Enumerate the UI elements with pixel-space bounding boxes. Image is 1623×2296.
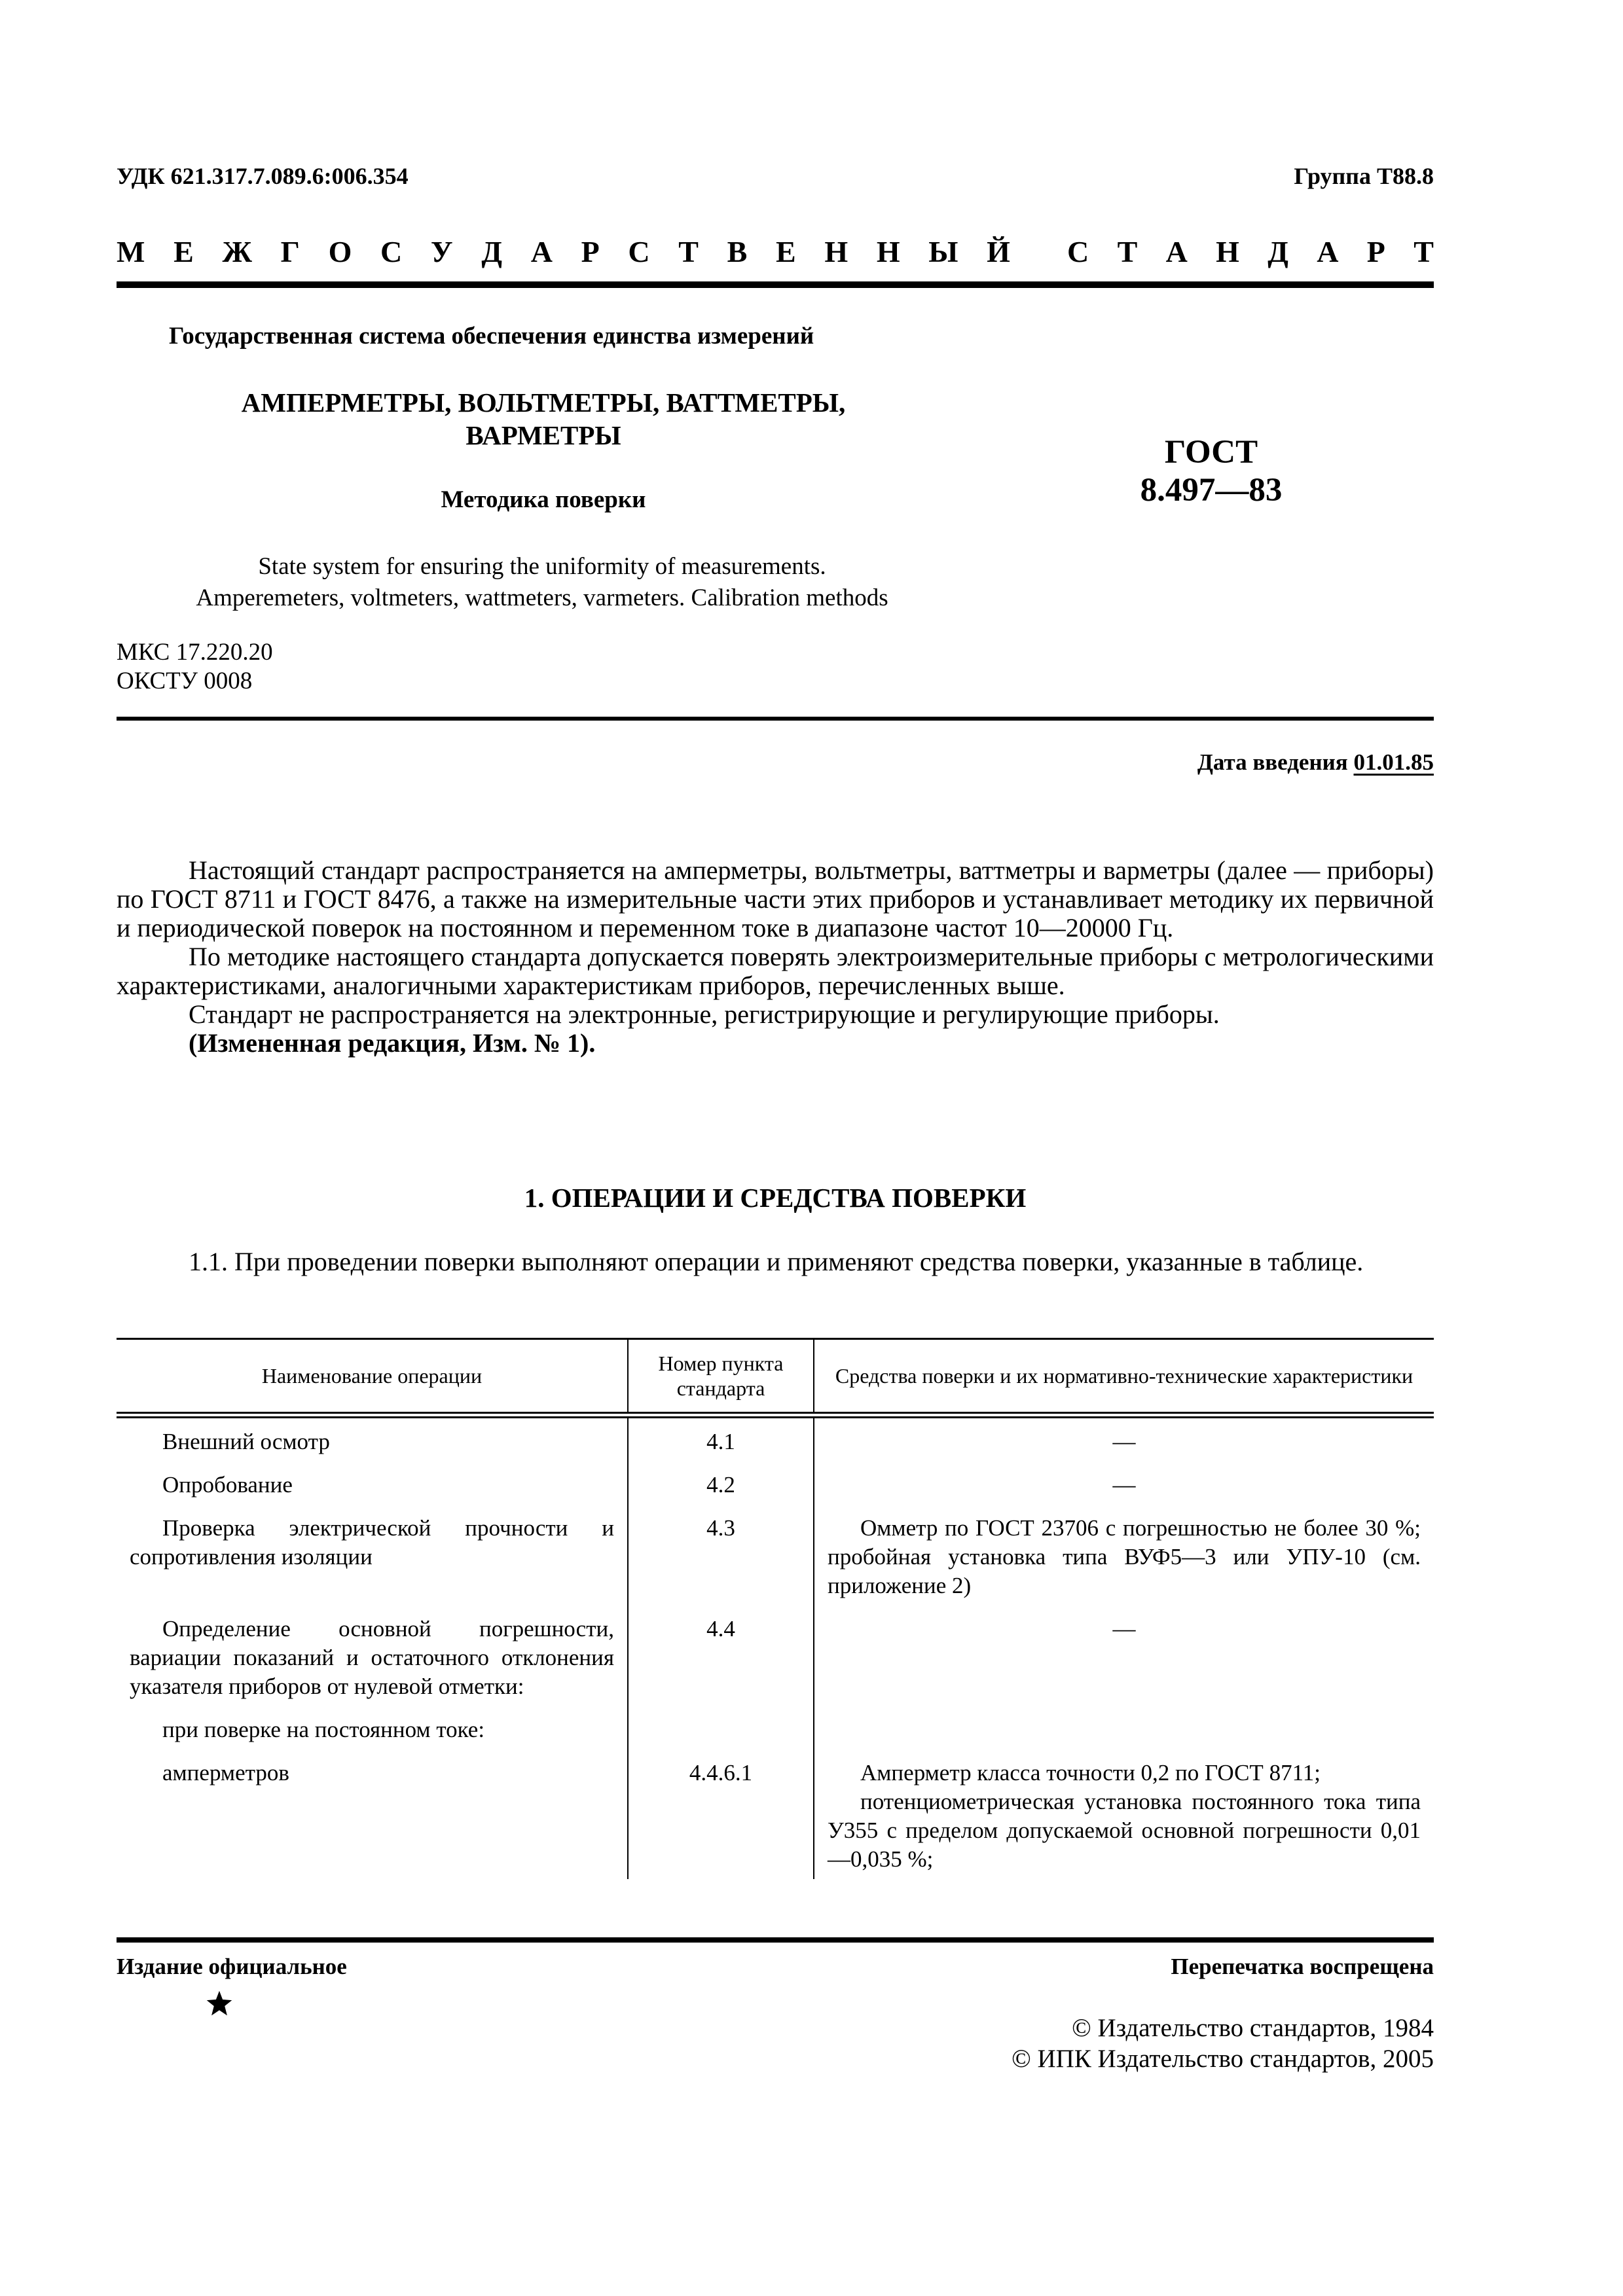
gost-designation: ГОСТ 8.497—83	[1074, 433, 1349, 509]
banner-letter: Т	[678, 234, 699, 269]
verification-means	[814, 1706, 1434, 1749]
copyright-block: © Издательство стандартов, 1984 © ИПК Из…	[1012, 2013, 1434, 2074]
header-verification-means: Средства поверки и их нормативно-техниче…	[814, 1339, 1434, 1416]
english-title-line-2: Amperemeters, voltmeters, wattmeters, va…	[117, 583, 968, 614]
header-operation-name: Наименование операции	[117, 1339, 628, 1416]
interstate-standard-banner: МЕЖГОСУДАРСТВЕННЫЙ СТАНДАРТ	[117, 234, 1434, 269]
banner-letter: Ж	[222, 234, 251, 269]
banner-letter: Т	[1118, 234, 1138, 269]
banner-letter: Е	[776, 234, 796, 269]
banner-letter: Д	[1267, 234, 1288, 269]
operation-name: Определение основной погрешности, вариац…	[130, 1615, 614, 1701]
banner-letter: М	[117, 234, 145, 269]
document-title-line-2: ВАРМЕТРЫ	[196, 419, 890, 452]
table-row: Проверка электрической прочности и сопро…	[117, 1505, 1434, 1605]
copyright-line-1: © Издательство стандартов, 1984	[1012, 2013, 1434, 2043]
banner-letter: Й	[987, 234, 1010, 269]
scope-text: Настоящий стандарт распространяется на а…	[117, 856, 1434, 1058]
mks-code: МКС 17.220.20	[117, 638, 273, 667]
introduction-date-value: 01.01.85	[1354, 749, 1434, 775]
banner-letter: Р	[581, 234, 600, 269]
clause-number	[628, 1706, 814, 1749]
banner-letter: Н	[824, 234, 848, 269]
udk-code: УДК 621.317.7.089.6:006.354	[117, 162, 409, 190]
table-row: Опробование 4.2 —	[117, 1462, 1434, 1505]
official-edition-label: Издание официальное	[117, 1954, 347, 1980]
table-row: Внешний осмотр 4.1 —	[117, 1415, 1434, 1462]
document-subtitle: Методика поверки	[196, 486, 890, 514]
banner-letter: Н	[1216, 234, 1239, 269]
operation-name: Опробование	[130, 1471, 614, 1499]
okstu-code: ОКСТУ 0008	[117, 667, 273, 696]
star-icon	[206, 1990, 233, 2017]
clause-1-1: 1.1. При проведении поверки выполняют оп…	[117, 1247, 1434, 1276]
title-block-rule	[117, 717, 1434, 721]
operations-table: Наименование операции Номер пункта станд…	[117, 1338, 1434, 1879]
operation-name: при поверке на постоянном токе:	[130, 1715, 614, 1744]
copyright-line-2: © ИПК Издательство стандартов, 2005	[1012, 2043, 1434, 2074]
scope-paragraph-2: По методике настоящего стандарта допуска…	[117, 942, 1434, 1000]
banner-letter: Н	[877, 234, 900, 269]
verification-means: Омметр по ГОСТ 23706 с погрешностью не б…	[828, 1514, 1421, 1600]
clause-number: 4.4	[628, 1605, 814, 1706]
reprint-prohibited-label: Перепечатка воспрещена	[1171, 1954, 1434, 1980]
introduction-date: Дата введения 01.01.85	[1197, 749, 1434, 776]
gost-label: ГОСТ	[1074, 433, 1349, 471]
banner-letter: Е	[173, 234, 194, 269]
introduction-date-label: Дата введения	[1197, 749, 1348, 775]
table-row: при поверке на постоянном токе:	[117, 1706, 1434, 1749]
banner-letter: Ы	[928, 234, 958, 269]
group-code: Группа Т88.8	[1294, 162, 1434, 190]
gost-number: 8.497—83	[1074, 471, 1349, 509]
banner-word-interstate: МЕЖГОСУДАРСТВЕННЫЙ	[117, 234, 1010, 269]
section-heading: 1. ОПЕРАЦИИ И СРЕДСТВА ПОВЕРКИ	[117, 1182, 1434, 1213]
banner-letter: О	[329, 234, 352, 269]
banner-letter: С	[628, 234, 649, 269]
operation-name: Внешний осмотр	[130, 1427, 614, 1456]
document-title: АМПЕРМЕТРЫ, ВОЛЬТМЕТРЫ, ВАТТМЕТРЫ, ВАРМЕ…	[196, 386, 890, 452]
english-title: State system for ensuring the uniformity…	[117, 551, 968, 614]
footer-thick-rule	[117, 1937, 1434, 1943]
header-clause-number: Номер пункта стандарта	[628, 1339, 814, 1416]
banner-letter: С	[1067, 234, 1089, 269]
table-row: амперметров 4.4.6.1 Амперметр класса точ…	[117, 1749, 1434, 1879]
document-title-line-1: АМПЕРМЕТРЫ, ВОЛЬТМЕТРЫ, ВАТТМЕТРЫ,	[196, 386, 890, 419]
english-title-line-1: State system for ensuring the uniformity…	[117, 551, 968, 583]
operation-name: Проверка электрической прочности и сопро…	[130, 1514, 614, 1571]
verification-means: —	[814, 1462, 1434, 1505]
banner-letter: Г	[281, 234, 300, 269]
table-row: Определение основной погрешности, вариац…	[117, 1605, 1434, 1706]
banner-letter: С	[380, 234, 402, 269]
system-title: Государственная система обеспечения един…	[169, 322, 814, 350]
banner-letter: Р	[1367, 234, 1385, 269]
banner-letter: А	[531, 234, 553, 269]
verification-means-line-1: Амперметр класса точности 0,2 по ГОСТ 87…	[828, 1759, 1421, 1787]
banner-letter: Д	[481, 234, 502, 269]
banner-letter: У	[431, 234, 453, 269]
operation-name: амперметров	[130, 1759, 614, 1787]
scope-paragraph-3: Стандарт не распространяется на электрон…	[117, 1000, 1434, 1029]
header-thick-rule	[117, 281, 1434, 288]
banner-word-standard: СТАНДАРТ	[1067, 234, 1434, 269]
banner-letter: В	[727, 234, 748, 269]
banner-letter: А	[1317, 234, 1338, 269]
scope-paragraph-1: Настоящий стандарт распространяется на а…	[117, 856, 1434, 942]
banner-letter: А	[1166, 234, 1188, 269]
amendment-note: (Измененная редакция, Изм. № 1).	[117, 1029, 1434, 1058]
verification-means: —	[814, 1415, 1434, 1462]
verification-means-line-2: потенциометрическая установка постоянног…	[828, 1787, 1421, 1874]
table-header-row: Наименование операции Номер пункта станд…	[117, 1339, 1434, 1416]
clause-number: 4.2	[628, 1462, 814, 1505]
clause-number: 4.3	[628, 1505, 814, 1605]
banner-letter: Т	[1413, 234, 1434, 269]
verification-means: —	[814, 1605, 1434, 1706]
clause-number: 4.1	[628, 1415, 814, 1462]
clause-number: 4.4.6.1	[628, 1749, 814, 1879]
classification-codes: МКС 17.220.20 ОКСТУ 0008	[117, 638, 273, 696]
